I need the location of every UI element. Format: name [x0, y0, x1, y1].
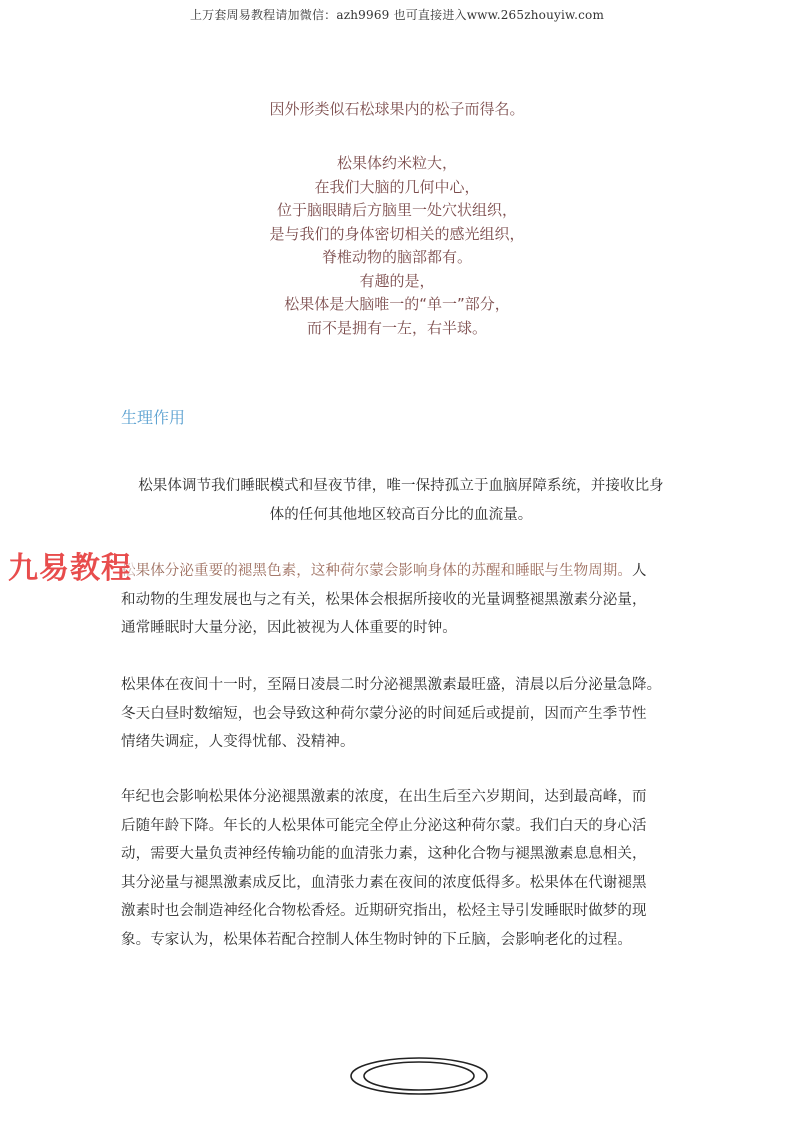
- paragraph-1: 松果体调节我们睡眠模式和昼夜节律，唯一保持孤立于血脑屏障系统，并接收比身 体的任…: [121, 472, 681, 529]
- paragraph-2: 松果体分泌重要的褪黑色素，这种荷尔蒙会影响身体的苏醒和睡眠与生物周期。人 和动物…: [121, 557, 681, 643]
- intro-line: 而不是拥有一左，右半球。: [0, 317, 794, 341]
- paragraph-line: 冬天白昼时数缩短，也会导致这种荷尔蒙分泌的时间延后或提前，因而产生季节性: [121, 700, 681, 729]
- paragraph-line: 通常睡眠时大量分泌，因此被视为人体重要的时钟。: [121, 614, 681, 643]
- header-promo-note: 上万套周易教程请加微信：azh9969 也可直接进入www.265zhouyiw…: [0, 6, 794, 23]
- intro-line: 是与我们的身体密切相关的感光组织，: [0, 223, 794, 247]
- paragraph-3: 松果体在夜间十一时，至隔日凌晨二时分泌褪黑激素最旺盛，清晨以后分泌量急降。 冬天…: [121, 671, 681, 757]
- paragraph-line: 后随年龄下降。年长的人松果体可能完全停止分泌这种荷尔蒙。我们白天的身心活: [121, 812, 681, 841]
- paragraph-text: 人: [632, 563, 647, 579]
- intro-line: 脊椎动物的脑部都有。: [0, 246, 794, 270]
- intro-line: 松果体是大脑唯一的“单一”部分，: [0, 293, 794, 317]
- intro-line: 在我们大脑的几何中心，: [0, 176, 794, 200]
- paragraph-line: 体的任何其他地区较高百分比的血流量。: [121, 501, 681, 530]
- intro-line: 位于脑眼睛后方脑里一处穴状组织，: [0, 199, 794, 223]
- paragraph-faded-text: 松果体分泌重要的褪黑色素，这种荷尔蒙会影响身体的苏醒和睡眠与生物周期。: [121, 563, 632, 579]
- paragraph-line: 松果体分泌重要的褪黑色素，这种荷尔蒙会影响身体的苏醒和睡眠与生物周期。人: [121, 557, 681, 586]
- watermark-logo: 九易教程: [6, 543, 134, 587]
- section-title: 生理作用: [121, 405, 185, 428]
- paragraph-line: 年纪也会影响松果体分泌褪黑激素的浓度，在出生后至六岁期间，达到最高峰，而: [121, 783, 681, 812]
- intro-block: 因外形类似石松球果内的松子而得名。 松果体约米粒大， 在我们大脑的几何中心， 位…: [0, 97, 794, 340]
- intro-line: 有趣的是，: [0, 270, 794, 294]
- paragraph-line: 情绪失调症，人变得忧郁、没精神。: [121, 728, 681, 757]
- double-ellipse-icon: [349, 1055, 489, 1100]
- intro-line: 松果体约米粒大，: [0, 152, 794, 176]
- paragraph-line: 象。专家认为，松果体若配合控制人体生物时钟的下丘脑，会影响老化的过程。: [121, 926, 681, 955]
- paragraph-line: 激素时也会制造神经化合物松香烃。近期研究指出，松烃主导引发睡眠时做梦的现: [121, 897, 681, 926]
- paragraph-line: 其分泌量与褪黑激素成反比，血清张力素在夜间的浓度低得多。松果体在代谢褪黑: [121, 869, 681, 898]
- paragraph-line: 动，需要大量负责神经传输功能的血清张力素，这种化合物与褪黑激素息息相关，: [121, 840, 681, 869]
- paragraph-4: 年纪也会影响松果体分泌褪黑激素的浓度，在出生后至六岁期间，达到最高峰，而 后随年…: [121, 783, 681, 954]
- paragraph-line: 松果体调节我们睡眠模式和昼夜节律，唯一保持孤立于血脑屏障系统，并接收比身: [121, 472, 681, 501]
- paragraph-line: 松果体在夜间十一时，至隔日凌晨二时分泌褪黑激素最旺盛，清晨以后分泌量急降。: [121, 671, 681, 700]
- intro-lead: 因外形类似石松球果内的松子而得名。: [0, 97, 794, 121]
- paragraph-line: 和动物的生理发展也与之有关，松果体会根据所接收的光量调整褪黑激素分泌量，: [121, 586, 681, 615]
